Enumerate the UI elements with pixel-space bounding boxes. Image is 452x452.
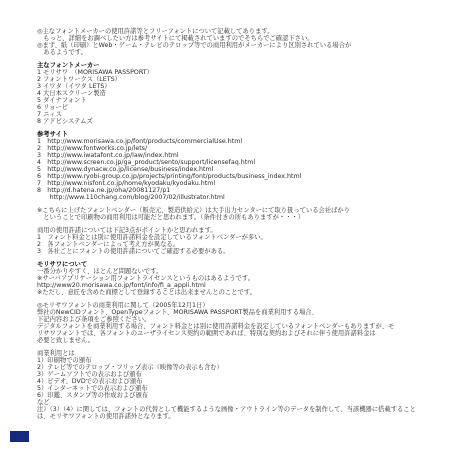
commercial-use-item: 4）ビデオ、DVDでの表示および頒布 bbox=[37, 378, 446, 385]
commercial-notice-section: ◎モリサワフォントの商業利用に関して（2005年12月1日）弊社のNewCIDフ… bbox=[37, 302, 446, 344]
reference-site-url: 1 http://www.morisawa.co.jp/font/product… bbox=[37, 138, 446, 145]
commercial-use-list: 1）印刷物での頒布2）テレビ等でのテロップ・フリップ表示（映像等の表示も含む）3… bbox=[37, 357, 446, 406]
commercial-notice-line: 弊社のNewCIDフォント、OpenTypeフォント、MORISAWA PASS… bbox=[37, 309, 446, 316]
document-page: ◎主なフォントメーカーの使用許諾等とフリーフォントについて記載してあります。 も… bbox=[0, 0, 452, 452]
reference-site-url: http://www.110chang.com/blog/2007/02/ill… bbox=[37, 194, 446, 201]
reference-site-url: 5 http://www.dynacw.co.jp/license/busine… bbox=[37, 166, 446, 173]
reference-sites-list: 1 http://www.morisawa.co.jp/font/product… bbox=[37, 138, 446, 201]
reference-site-url: 7 http://www.nisfont.co.jp/home/kyodaku/… bbox=[37, 180, 446, 187]
font-maker-item: 5 ダイナフォント bbox=[37, 97, 446, 104]
footnote-line: 注）（3）（4）に関しては、フォントの代替として機能するような画像・アウトライン… bbox=[37, 406, 446, 413]
reference-sites-section: 参考サイト 1 http://www.morisawa.co.jp/font/p… bbox=[37, 131, 446, 201]
commercial-notice-line: リサワフォントでは、各フォントのユーザライセンス契約の範囲であれば、特別な契約お… bbox=[37, 330, 446, 337]
morisawa-lines: 一番分かりやすく、ほとんど問題ないです。※サーバアプリケーション用フォントライセ… bbox=[37, 268, 446, 296]
reference-sites-heading: 参考サイト bbox=[37, 131, 446, 138]
intro-line: あるようです。 bbox=[37, 49, 446, 56]
commercial-use-item: 2）テレビ等でのテロップ・フリップ表示（映像等の表示も含む） bbox=[37, 364, 446, 371]
commercial-use-item: 3）ゲームソフトでの表示および頒布 bbox=[37, 371, 446, 378]
font-maker-item: 2 フォントワークス（LETS） bbox=[37, 76, 446, 83]
font-makers-section: 主なフォントメーカー 1 モリサワ （MORISAWA PASSPORT）2 フ… bbox=[37, 62, 446, 125]
morisawa-line: 一番分かりやすく、ほとんど問題ないです。 bbox=[37, 268, 446, 275]
vendor-note-section: ※こちらに上げたフォントベンダー（販売元、製造供給元）は大手出力センターにて取り… bbox=[37, 207, 446, 221]
footnote-line: は、モリサワフォントの使用許諾外となります。 bbox=[37, 413, 446, 420]
commercial-use-item: 1）印刷物での頒布 bbox=[37, 357, 446, 364]
commercial-use-item: 6）印鑑、スタンプ等の作成および頒布 bbox=[37, 392, 446, 399]
font-maker-item: 7 ニィス bbox=[37, 111, 446, 118]
font-makers-list: 1 モリサワ （MORISAWA PASSPORT）2 フォントワークス（LET… bbox=[37, 69, 446, 125]
intro-line: ◎まず、紙（印刷）とWeb・ゲーム・テレビのテロップ等での商用利用がメーカーによ… bbox=[37, 42, 446, 49]
commercial-use-item: 5）インターネットでの表示および頒布 bbox=[37, 385, 446, 392]
intro-section: ◎主なフォントメーカーの使用許諾等とフリーフォントについて記載してあります。 も… bbox=[37, 28, 446, 56]
license-points-lead: 商用の使用許諾については下記3点がポイントかと思われます。 bbox=[37, 227, 446, 234]
morisawa-line: ※サーバアプリケーション用フォントライセンスというものはあるようです。 bbox=[37, 275, 446, 282]
reference-site-url: 3 http://www.iwatafont.co.jp/law/index.h… bbox=[37, 152, 446, 159]
morisawa-line: http://www20.morisawa.co.jp/font/info/fi… bbox=[37, 282, 446, 289]
font-maker-item: 8 アドビシステムズ bbox=[37, 118, 446, 125]
footer-mark bbox=[10, 431, 29, 442]
commercial-use-item: など bbox=[37, 399, 446, 406]
morisawa-section: モリサワについて 一番分かりやすく、ほとんど問題ないです。※サーバアプリケーショ… bbox=[37, 261, 446, 296]
intro-line: ◎主なフォントメーカーの使用許諾等とフリーフォントについて記載してあります。 bbox=[37, 28, 446, 35]
font-makers-heading: 主なフォントメーカー bbox=[37, 62, 446, 69]
morisawa-heading: モリサワについて bbox=[37, 261, 446, 268]
font-maker-item: 6 リョービ bbox=[37, 104, 446, 111]
font-maker-item: 1 モリサワ （MORISAWA PASSPORT） bbox=[37, 69, 446, 76]
commercial-notice-line: 下記内容および条項をご参照ください。 bbox=[37, 316, 446, 323]
intro-line: もっと、詳細をお調べしたい方は参考サイトにて掲載されていますのでそちらでご確認下… bbox=[37, 35, 446, 42]
commercial-use-heading: 商業利用とは bbox=[37, 350, 446, 357]
license-point-item: 3 各社ごとにフォントの使用許諾についてご確認する必要がある。 bbox=[37, 248, 446, 255]
commercial-notice-line: 必要と致しません。 bbox=[37, 337, 446, 344]
vendor-note-line: ※こちらに上げたフォントベンダー（販売元、製造供給元）は大手出力センターにて取り… bbox=[37, 207, 446, 214]
license-points-section: 商用の使用許諾については下記3点がポイントかと思われます。 1 フォント料金とは… bbox=[37, 227, 446, 255]
vendor-note-line: ということで印刷物の商用利用は可能だと思われます。（条件付きの所もありますが・・… bbox=[37, 214, 446, 221]
commercial-use-section: 商業利用とは 1）印刷物での頒布2）テレビ等でのテロップ・フリップ表示（映像等の… bbox=[37, 350, 446, 406]
commercial-notice-line: デジタルフォントを商業利用する場合、フォント料金とは別に使用許諾料金を設定してい… bbox=[37, 323, 446, 330]
license-point-item: 2 各フォントベンダーによって考え方が異なる。 bbox=[37, 241, 446, 248]
commercial-notice-line: ◎モリサワフォントの商業利用に関して（2005年12月1日） bbox=[37, 302, 446, 309]
font-maker-item: 3 イワタ（イワタ LETS） bbox=[37, 83, 446, 90]
license-point-item: 1 フォント料金とは別に使用許諾料金を設定しているフォントベンダーが多い。 bbox=[37, 234, 446, 241]
reference-site-url: 2 http://www.fontworks.co.jp/lets/ bbox=[37, 145, 446, 152]
reference-site-url: 4 http://www.screen.co.jp/ga_product/sen… bbox=[37, 159, 446, 166]
license-points-list: 1 フォント料金とは別に使用許諾料金を設定しているフォントベンダーが多い。2 各… bbox=[37, 234, 446, 255]
reference-site-url: 6 http://www.ryobi-group.co.jp/projects/… bbox=[37, 173, 446, 180]
font-maker-item: 4 大日本スクリーン製造 bbox=[37, 90, 446, 97]
reference-site-url: 8 http://d.hatena.ne.jp/oha/20081127/p1 bbox=[37, 187, 446, 194]
footnote-section: 注）（3）（4）に関しては、フォントの代替として機能するような画像・アウトライン… bbox=[37, 406, 446, 420]
morisawa-line: ※ただし、意匠を含めた商標として登録することは出来ませんとのことです。 bbox=[37, 289, 446, 296]
